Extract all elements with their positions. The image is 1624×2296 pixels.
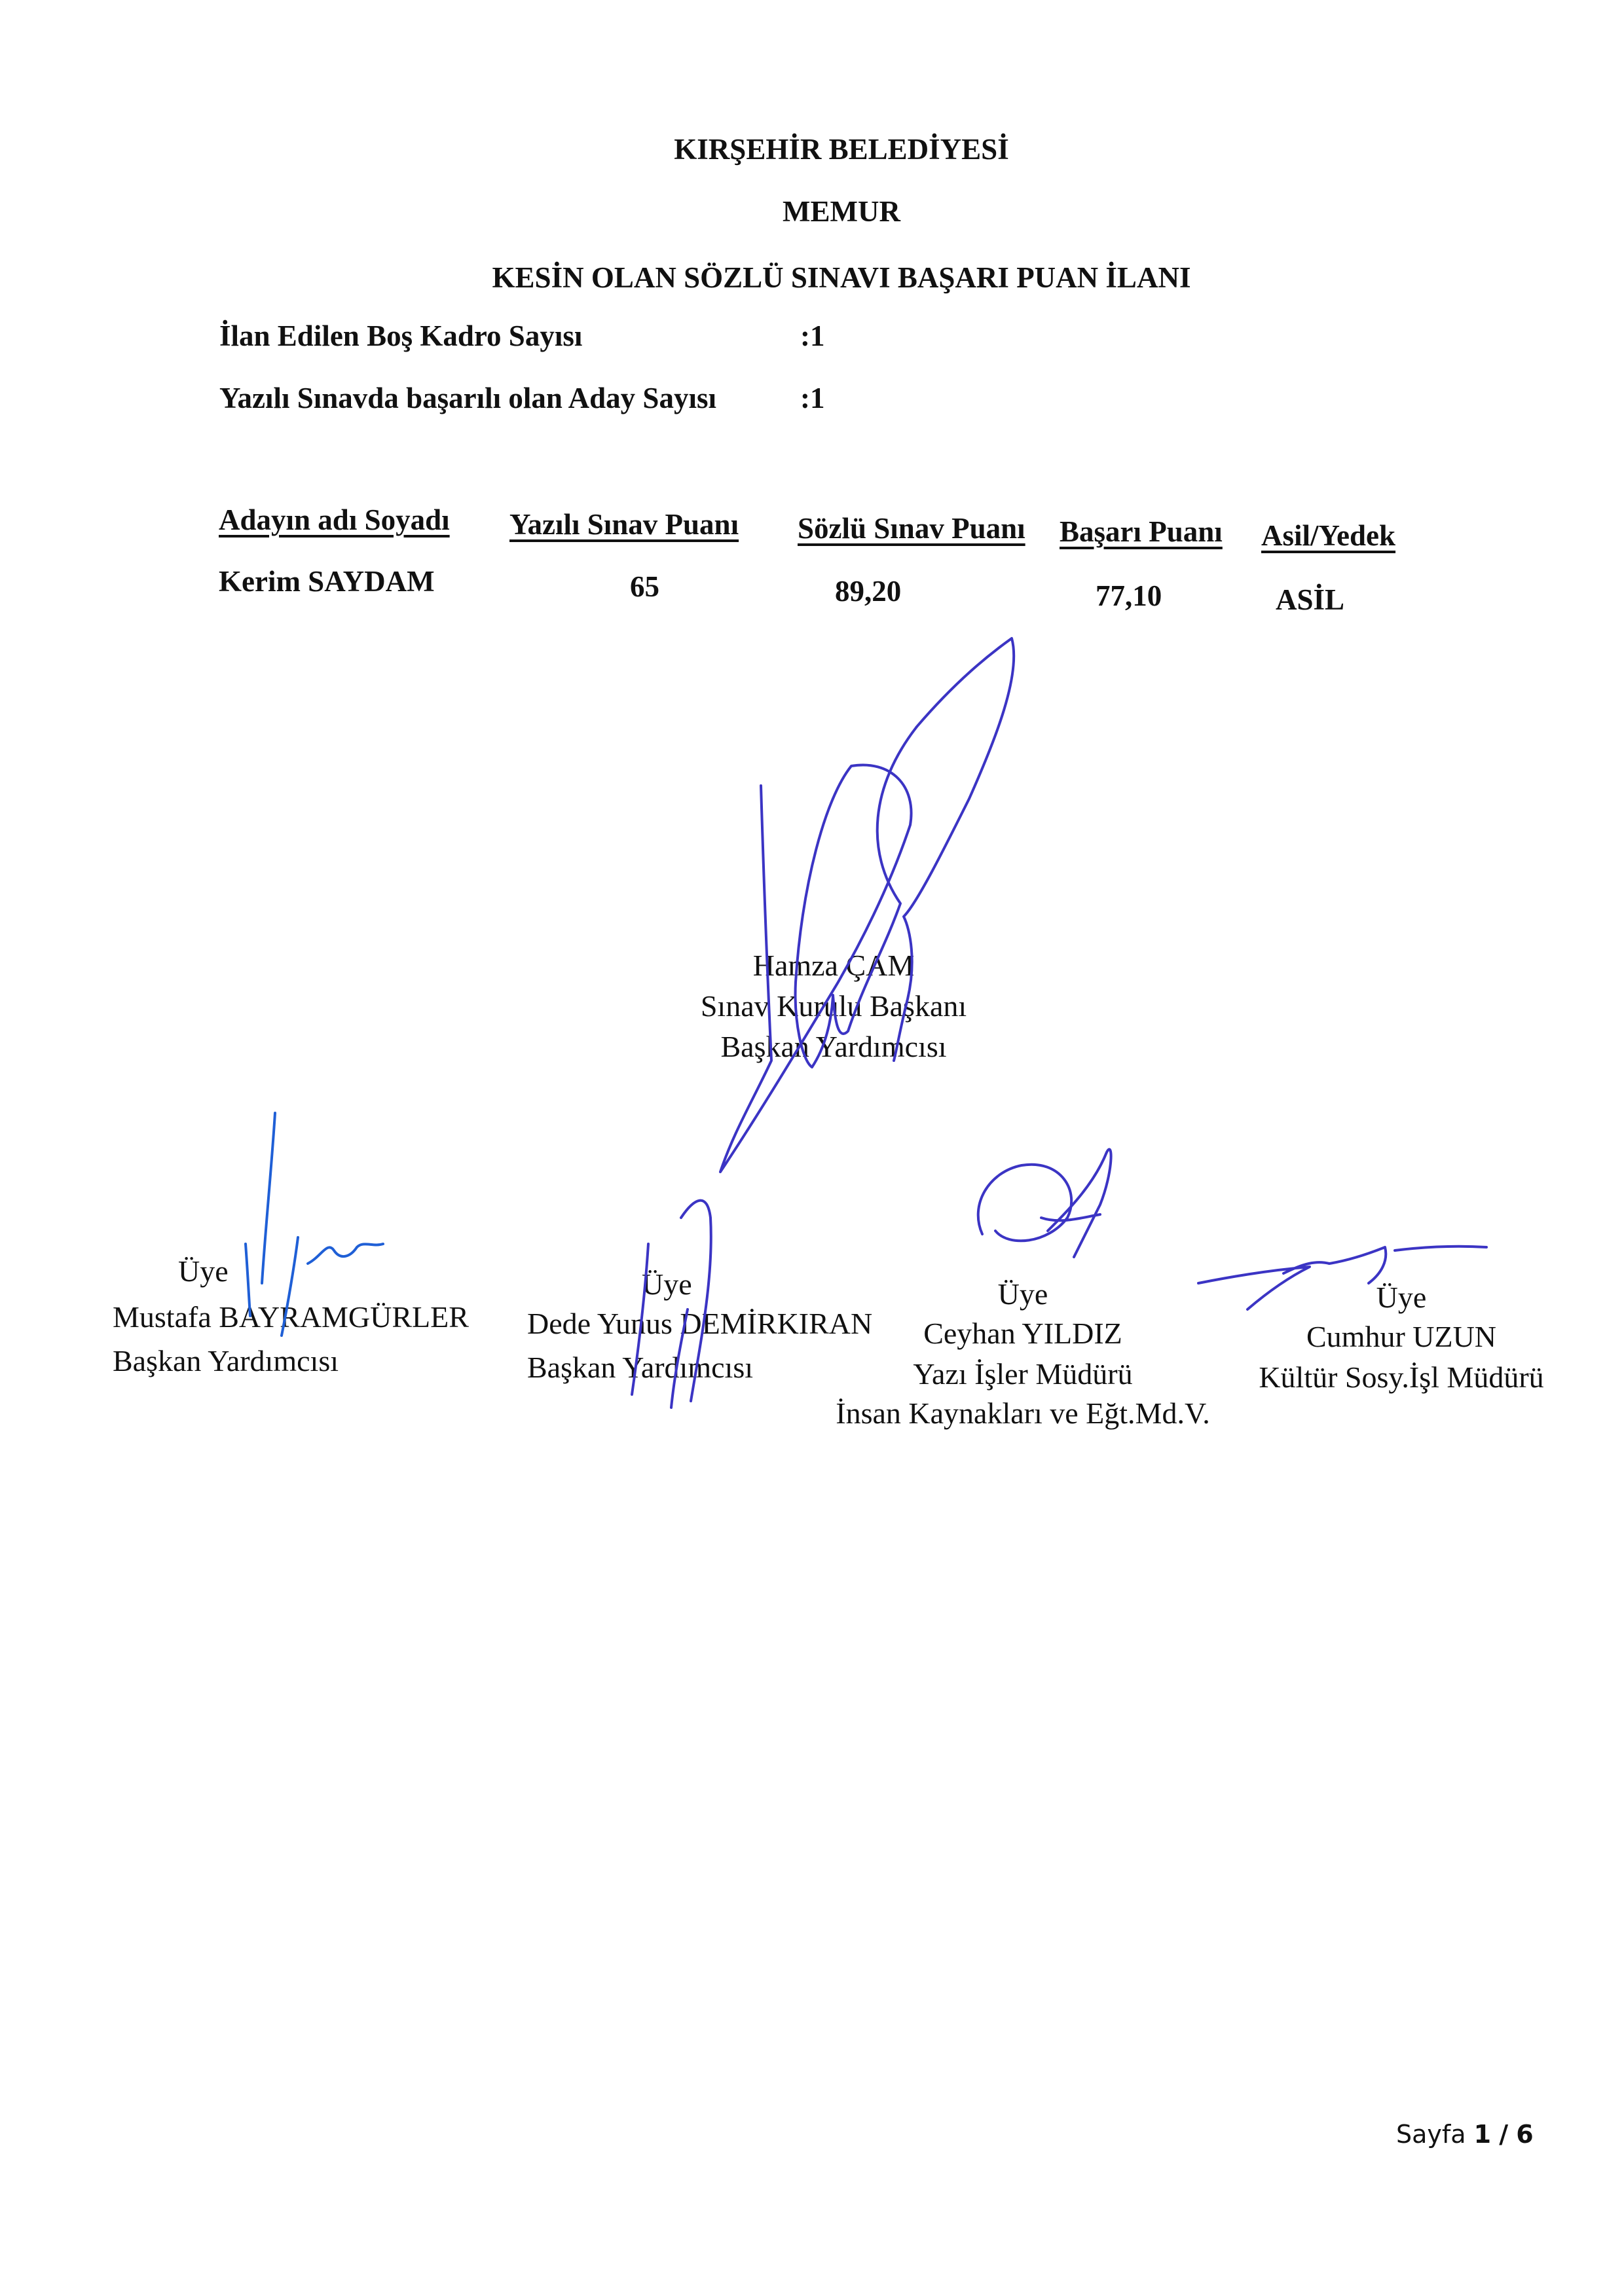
cell-success-score: 77,10 xyxy=(1096,579,1162,613)
cell-candidate-name: Kerim SAYDAM xyxy=(219,564,435,598)
cell-status: ASİL xyxy=(1276,583,1344,617)
member-role: Üye xyxy=(178,1254,229,1288)
page-separator: / xyxy=(1499,2120,1508,2149)
col-header-written-score: Yazılı Sınav Puanı xyxy=(509,507,739,541)
member-name: Mustafa BAYRAMGÜRLER xyxy=(113,1300,469,1334)
institution-name: KIRŞEHİR BELEDİYESİ xyxy=(674,132,1008,166)
page-total: 6 xyxy=(1516,2120,1533,2149)
chairman-title: Başkan Yardımcısı xyxy=(721,1029,947,1064)
chairman-name: Hamza ÇAM xyxy=(753,948,915,983)
chairman-role: Sınav Kurulu Başkanı xyxy=(701,989,967,1023)
member-role: Üye xyxy=(642,1267,692,1302)
vacancy-count-value: :1 xyxy=(800,319,825,353)
member-name: Ceyhan YILDIZ xyxy=(923,1316,1122,1351)
document-title: KESİN OLAN SÖZLÜ SINAVI BAŞARI PUAN İLAN… xyxy=(492,261,1191,295)
member-title: Kültür Sosy.İşl Müdürü xyxy=(1259,1360,1543,1394)
member-name: Cumhur UZUN xyxy=(1306,1319,1496,1354)
member-title-secondary: İnsan Kaynakları ve Eğt.Md.V. xyxy=(836,1396,1209,1430)
page-current: 1 xyxy=(1474,2120,1491,2149)
col-header-oral-score: Sözlü Sınav Puanı xyxy=(798,511,1025,545)
col-header-status: Asil/Yedek xyxy=(1261,519,1395,553)
col-header-name: Adayın adı Soyadı xyxy=(219,503,450,537)
page-indicator: Sayfa 1 / 6 xyxy=(1396,2120,1534,2149)
member-name: Dede Yunus DEMİRKIRAN xyxy=(527,1306,872,1341)
position-title: MEMUR xyxy=(783,194,900,228)
successful-candidates-value: :1 xyxy=(800,381,825,415)
member-title: Yazı İşler Müdürü xyxy=(913,1357,1132,1391)
member-role: Üye xyxy=(1376,1280,1427,1315)
cell-oral-score: 89,20 xyxy=(835,574,901,608)
successful-candidates-label: Yazılı Sınavda başarılı olan Aday Sayısı xyxy=(219,381,716,415)
member-title: Başkan Yardımcısı xyxy=(527,1350,753,1385)
page-label: Sayfa xyxy=(1396,2120,1466,2149)
member-role: Üye xyxy=(998,1277,1048,1311)
cell-written-score: 65 xyxy=(630,570,659,604)
vacancy-count-label: İlan Edilen Boş Kadro Sayısı xyxy=(219,319,582,353)
member-title: Başkan Yardımcısı xyxy=(113,1343,339,1378)
col-header-success-score: Başarı Puanı xyxy=(1060,515,1223,549)
